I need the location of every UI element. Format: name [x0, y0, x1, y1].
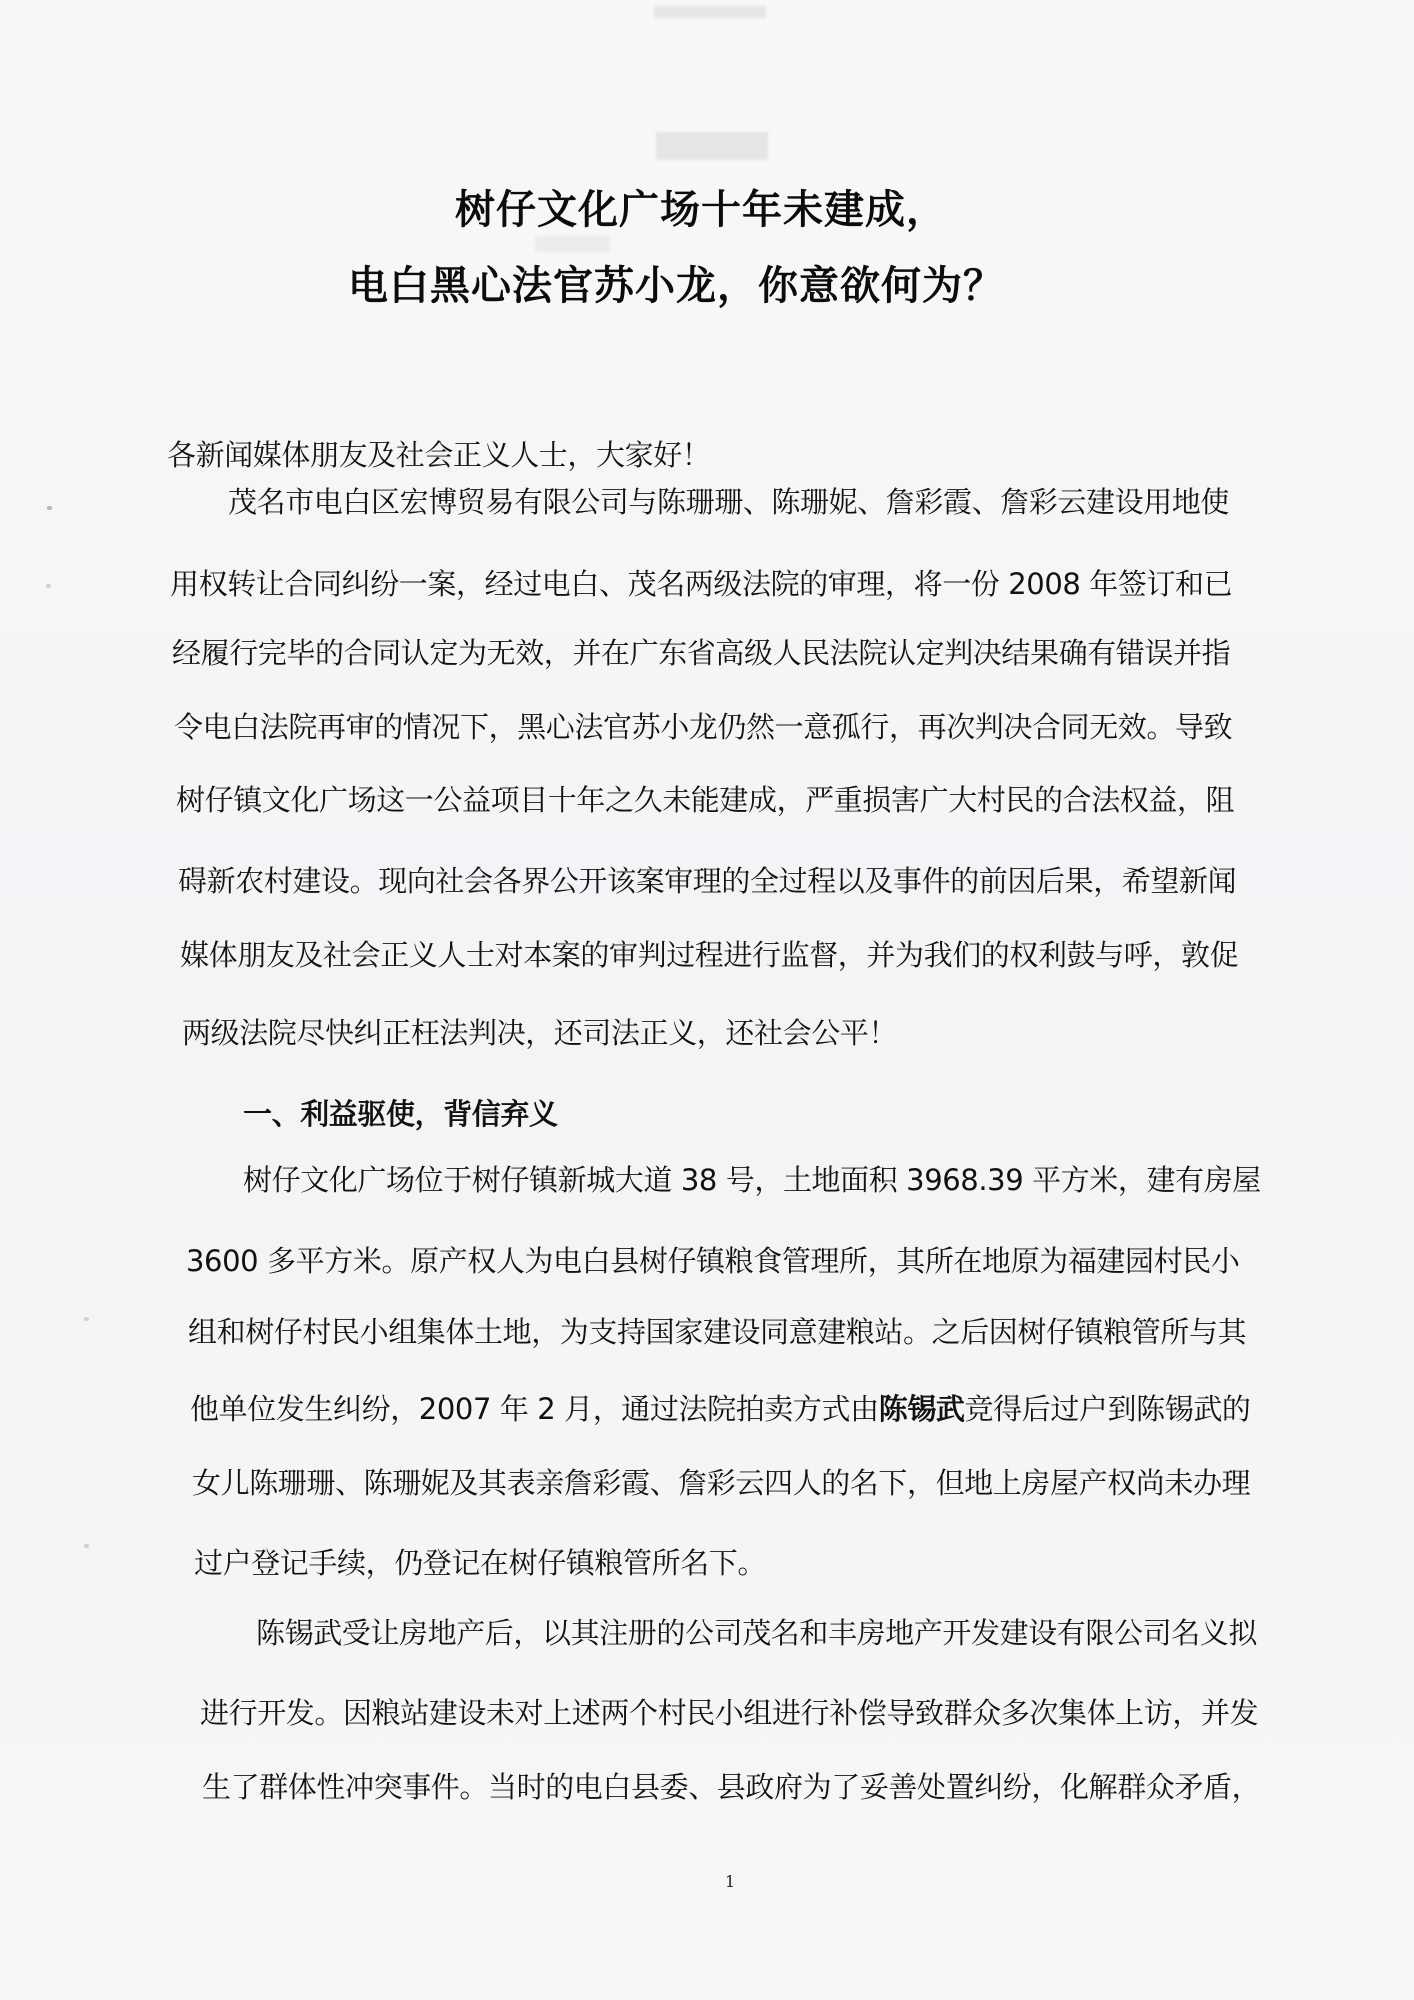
scanned-page: 树仔文化广场十年未建成， 电白黑心法官苏小龙，你意欲何为？ 各新闻媒体朋友及社会…	[0, 0, 1414, 2000]
emphasized-name: 陈锡武	[879, 1392, 965, 1426]
paragraph-3-line-2: 进行开发。因粮站建设未对上述两个村民小组进行补偿导致群众多次集体上访，并发	[200, 1696, 1258, 1730]
paragraph-3-line-3: 生了群体性冲突事件。当时的电白县委、县政府为了妥善处置纠纷，化解群众矛盾，	[202, 1770, 1260, 1804]
paragraph-2-line-4: 他单位发生纠纷，2007 年 2 月，通过法院拍卖方式由陈锡武竞得后过户到陈锡武…	[190, 1392, 1251, 1426]
paragraph-2-line-1: 树仔文化广场位于树仔镇新城大道 38 号，土地面积 3968.39 平方米，建有…	[243, 1163, 1261, 1197]
scan-artifact-title	[535, 236, 610, 252]
margin-mark	[84, 1544, 89, 1548]
paragraph-2-line-5: 女儿陈珊珊、陈珊妮及其表亲詹彩霞、詹彩云四人的名下，但地上房屋产权尚未办理	[192, 1466, 1250, 1500]
margin-mark	[47, 506, 52, 510]
title-line-2: 电白黑心法官苏小龙，你意欲何为？	[348, 266, 1004, 306]
margin-mark	[84, 1317, 89, 1321]
paragraph-1-line-2: 用权转让合同纠纷一案，经过电白、茂名两级法院的审理，将一份 2008 年签订和已	[170, 567, 1232, 601]
paragraph-2-line-4-text-b: 竞得后过户到陈锡武的	[965, 1392, 1251, 1426]
section-heading: 一、利益驱使，背信弃义	[243, 1097, 558, 1131]
paragraph-1-line-4: 令电白法院再审的情况下，黑心法官苏小龙仍然一意孤行，再次判决合同无效。导致	[174, 710, 1232, 744]
paragraph-2-line-4-text-a: 他单位发生纠纷，2007 年 2 月，通过法院拍卖方式由	[190, 1392, 879, 1426]
paragraph-1-line-5: 树仔镇文化广场这一公益项目十年之久未能建成，严重损害广大村民的合法权益，阻	[176, 783, 1234, 817]
paragraph-2-line-6: 过户登记手续，仍登记在树仔镇粮管所名下。	[194, 1546, 766, 1580]
paragraph-3-line-1: 陈锡武受让房地产后，以其注册的公司茂名和丰房地产开发建设有限公司名义拟	[256, 1616, 1257, 1650]
scan-artifact-mid	[656, 132, 768, 160]
paragraph-2-line-3: 组和树仔村民小组集体土地，为支持国家建设同意建粮站。之后因树仔镇粮管所与其	[188, 1315, 1246, 1349]
paragraph-1-line-6: 碍新农村建设。现向社会各界公开该案审理的全过程以及事件的前因后果，希望新闻	[178, 864, 1236, 898]
paragraph-1-line-3: 经履行完毕的合同认定为无效，并在广东省高级人民法院认定判决结果确有错误并指	[172, 636, 1230, 670]
title-line-1: 树仔文化广场十年未建成，	[455, 190, 947, 230]
page-number: 1	[725, 1872, 735, 1891]
margin-mark	[46, 584, 51, 588]
paragraph-1-line-8: 两级法院尽快纠正枉法判决，还司法正义，还社会公平！	[182, 1016, 897, 1050]
scan-artifact-top	[654, 6, 766, 18]
paragraph-2-line-2: 3600 多平方米。原产权人为电白县树仔镇粮食管理所，其所在地原为福建园村民小	[186, 1244, 1239, 1278]
salutation: 各新闻媒体朋友及社会正义人士，大家好！	[167, 438, 710, 472]
paragraph-1-line-7: 媒体朋友及社会正义人士对本案的审判过程进行监督，并为我们的权利鼓与呼，敦促	[180, 938, 1238, 972]
paragraph-1-line-1: 茂名市电白区宏博贸易有限公司与陈珊珊、陈珊妮、詹彩霞、詹彩云建设用地使	[228, 485, 1229, 519]
